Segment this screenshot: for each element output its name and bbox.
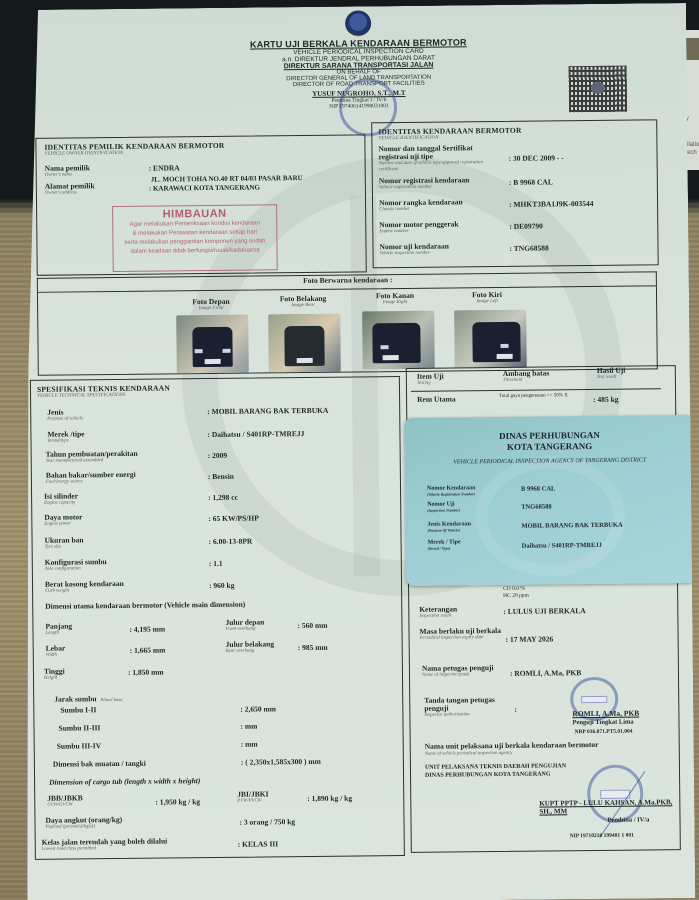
owner-name-label-en: Owner's name — [45, 172, 90, 178]
wheelbase-value: : mm — [241, 740, 258, 749]
wheelbase-value: : 2,650 mm — [240, 704, 276, 713]
spec-label-en: Engine power — [44, 521, 82, 527]
spec-label-en: Engine capacity — [44, 500, 78, 506]
width-label: Lebar — [46, 645, 66, 653]
chassis-number-value: : MHKT3BA1J9K-003544 — [509, 199, 593, 209]
length-label: Panjang — [45, 622, 72, 630]
front-overhang-label-en: Front overhang — [225, 626, 264, 632]
inspector-nrp: NRP 036.071.PT5.01.004 — [575, 729, 633, 736]
head-name: KUPT PPTP - LULU KAHSAN, A.Ma.PKB, SH., … — [539, 798, 679, 815]
head-nip: NIP 19710210 199401 1 001 — [570, 833, 634, 840]
wheelbase-title: Jarak sumbu — [54, 694, 96, 703]
header-divider — [411, 388, 661, 392]
spec-label: Ukuran ban — [45, 536, 84, 544]
hc-emission: HC 29 ppm — [503, 593, 529, 599]
length-label-en: Length — [46, 630, 73, 636]
wheelbase-label: Sumbu III-IV — [57, 742, 101, 750]
width-label-en: Width — [46, 653, 66, 659]
vehicle-id-title: IDENTITAS KENDARAAN BERMOTOR — [378, 126, 521, 136]
photo-front-label-en: Image Front — [166, 306, 256, 312]
spec-value-tyre: : 6.00-13-8PR — [209, 537, 253, 546]
card-subtitle: VEHICLE PERIODICAL INSPECTION AGENCY OF … — [415, 457, 685, 467]
card-label-en: (Inspection Number) — [427, 508, 460, 512]
spec-label-en: Purpose of vehicle — [47, 416, 83, 422]
registration-number-value: : B 9968 CAL — [509, 177, 553, 186]
vehicle-identity-section: IDENTITAS KENDARAAN BERMOTOR VEHICLE IDE… — [371, 119, 659, 268]
spec-label-en: Brand/type — [47, 438, 84, 444]
wheelbase-label: Sumbu II-III — [58, 724, 100, 732]
signature-colon: : — [514, 705, 517, 714]
signature-label-en: Inspector authorization — [424, 712, 508, 719]
spec-value-fuel: : Bensin — [208, 472, 234, 481]
card-registration-value: B 9968 CAL — [521, 485, 555, 492]
spec-label: Berat kosong kendaraan — [45, 580, 124, 589]
spec-label-en: Curb weight — [45, 588, 124, 595]
rear-overhang-label-en: Rear overhang — [226, 648, 274, 655]
remark-label: Keterangan — [419, 605, 457, 613]
chassis-number-label: Nomor rangka kendaraan — [379, 198, 463, 207]
jbi-label: JBI/JBKI — [237, 790, 268, 798]
registration-number-label-en: Vehicle registration number — [379, 184, 470, 191]
col-threshold-header: Ambang batas — [503, 369, 550, 377]
col-item-header: Item Uji — [417, 373, 444, 381]
card-inspection-value: TNG68588 — [521, 503, 551, 510]
agency-line2: DINAS PERHUBUNGAN KOTA TANGERANG — [425, 771, 551, 778]
spec-value-capacity: : 1,298 cc — [208, 493, 238, 502]
spec-value-brand: : Daihatsu / S401RP-TMREJJ — [207, 429, 304, 439]
photo-left — [454, 310, 527, 369]
card-label-en: (Vehicle Registration Number) — [427, 492, 475, 497]
cargo-label: Dimensi bak muatan / tangki — [53, 760, 146, 769]
head-rank: Pembina / IV/a — [607, 816, 649, 823]
rear-overhang-value: : 985 mm — [298, 643, 328, 652]
col-item-header-en: Testing — [417, 381, 444, 387]
front-overhang-label: Julur depan — [225, 618, 264, 626]
photo-left-label-en: Image Left — [442, 299, 532, 305]
inspection-card-document: KARTU UJI BERKALA KENDARAAN BERMOTOR VEH… — [18, 3, 695, 900]
owner-address-line1: JL. MOCH TOHA NO.40 RT 04/03 PASAR BARU — [151, 174, 303, 184]
owner-section-title-en: VEHICLE OWNER IDENTIFICATION — [44, 150, 224, 157]
col-threshold-header-en: Threshold — [503, 377, 550, 383]
spec-value-power: : 65 KW/PS/HP — [208, 514, 259, 524]
wheelbase-value: : mm — [240, 722, 257, 731]
brake-label: Rem Utama — [417, 395, 456, 403]
photo-rear-label-en: Image Rear — [258, 303, 348, 309]
spec-value-year: : 2009 — [208, 451, 227, 460]
photo-right-label-en: Image Right — [350, 300, 440, 306]
photo-rear — [268, 314, 341, 373]
card-label: Jenis Kendaraan — [427, 521, 471, 527]
road-class-value: : KELAS III — [238, 839, 279, 848]
jbi-value: : 1,890 kg / kg — [307, 794, 352, 803]
engine-number-value: : DE09790 — [509, 222, 543, 231]
inspector-label-en: Name of inspector/grade — [422, 672, 502, 679]
technical-specs-section: SPESIFIKASI TEKNIS KENDARAAN VEHICLE TEC… — [30, 376, 405, 860]
notice-line: dalam keadaan tidak berfungsi/rusak/kada… — [113, 246, 276, 257]
wheelbase-title-en: Wheel base — [101, 698, 123, 703]
height-value: : 1,850 mm — [128, 668, 164, 677]
expiry-value: : 17 MAY 2026 — [506, 634, 554, 643]
spec-label-en: Tyre size — [45, 544, 84, 550]
card-brand-value: Daihatsu / S401RP-TMREJJ — [522, 542, 602, 550]
spec-label-en: Fuel/energy source — [46, 479, 136, 486]
engine-number-label: Nomor motor penggerak — [379, 220, 458, 229]
card-label: Nomor Uji — [427, 501, 454, 507]
card-label: Nomor Kendaraan — [427, 485, 475, 492]
spec-label-en: Axle configuration — [45, 566, 107, 573]
co-emission: CO 0.0 % — [503, 586, 525, 592]
jbb-value: : 1,950 kg / kg — [155, 797, 200, 806]
owner-name-label: Nama pemilik — [45, 164, 90, 172]
inspection-number-label-en: Vehicle inspection number — [380, 250, 450, 257]
card-title-line2: KOTA TANGERANG — [405, 440, 695, 454]
card-label-en: (Purpose Of Vehicle) — [427, 528, 460, 532]
inspector-value: : ROMLI, A.Ma, PKB — [510, 668, 581, 678]
photos-section: Foto Depan Image Front Foto Belakang Ima… — [37, 285, 658, 375]
payload-value: : 3 orang / 750 kg — [239, 817, 295, 827]
owner-section-title: IDENTITAS PEMILIK KENDARAAN BERMOTOR — [44, 141, 224, 152]
engine-number-label-en: Engine number — [379, 228, 458, 235]
photo-front — [176, 315, 249, 374]
card-watermark — [475, 456, 626, 578]
spec-value-purpose: : MOBIL BARANG BAK TERBUKA — [207, 406, 328, 416]
spec-value-curb-weight: : 960 kg — [209, 581, 235, 590]
payload-label-en: Payload (person(s)/kg(s)) — [46, 824, 123, 831]
signature-label: Tanda tangan petugas penguji — [424, 696, 508, 713]
remark-label-en: Inspection result — [419, 613, 457, 619]
owner-identity-section: IDENTITAS PEMILIK KENDARAAN BERMOTOR VEH… — [35, 134, 366, 275]
spec-label: Bahan bakar/sumber energi — [46, 471, 136, 480]
height-label-en: Height — [44, 676, 65, 682]
owner-address-label: Alamat pemilik — [45, 182, 95, 191]
jbb-label-en: GVW/GVCW — [47, 802, 82, 808]
rear-overhang-label: Julur belakang — [226, 640, 275, 649]
owner-name-value: : ENDRA — [149, 163, 180, 172]
cargo-label-en: Dimension of cargo tub (length x width x… — [49, 777, 200, 787]
wheelbase-label: Sumbu I-II — [60, 706, 96, 714]
col-result-header: Hasil Uji — [597, 367, 626, 375]
spec-label: Daya motor — [44, 513, 82, 521]
brake-threshold: Total gaya pengereman >= 50% X — [499, 393, 568, 399]
width-value: : 1,665 mm — [130, 645, 166, 654]
inspector-grade: Penguji Tingkat Lima — [572, 719, 633, 727]
agency-line1: UNIT PELAKSANA TEKNIS DAERAH PENGUJIAN — [425, 763, 566, 770]
ministry-logo-icon — [345, 10, 371, 36]
inspection-number-value: : TNG68588 — [509, 243, 548, 252]
owner-address-line2: : KARAWACI KOTA TANGERANG — [149, 183, 260, 192]
card-label-en: (Brand / Type) — [428, 547, 451, 551]
type-cert-value: : 30 DEC 2009 - - — [509, 153, 564, 163]
card-purpose-value: MOBIL BARANG BAK TERBUKA — [521, 522, 622, 530]
chassis-number-label-en: Chassis number — [379, 206, 463, 213]
length-value: : 4,195 mm — [129, 624, 165, 633]
spec-label-en: Year manufactured assembled — [46, 458, 138, 465]
front-overhang-value: : 560 mm — [297, 621, 327, 630]
specs-title-en: VEHICLE TECHNICAL SPECIFICATIONS — [37, 392, 170, 398]
notice-box: HIMBAUAN Agar melakukan Pemeriksaan kond… — [112, 204, 278, 272]
road-class-label: Kelas jalan terendah yang boleh dilalui — [42, 837, 168, 846]
jbi-label-en: PVW/PVCW — [237, 798, 268, 804]
agency-label-en: Name of vehicle periodical inspection ag… — [425, 751, 513, 758]
photo-right — [362, 311, 435, 370]
cargo-value: : ( 2,350x1,585x300 ) mm — [241, 757, 321, 767]
spec-value-axle: : 1.1 — [209, 559, 223, 568]
brake-result: : 485 kg — [593, 395, 619, 404]
expiry-label-en: Periodical inspection expiry date — [420, 635, 506, 642]
dimension-title: Dimensi utama kendaraan bermotor (Vehicl… — [45, 601, 245, 611]
type-cert-label: Nomor dan tanggal Sertifikat registrasi … — [378, 144, 498, 161]
type-cert-label-en: Number and date of vehicle type approval… — [379, 160, 499, 173]
inspection-id-card: DINAS PERHUBUNGAN KOTA TANGERANG VEHICLE… — [404, 415, 696, 586]
card-label: Merek / Tipe — [428, 539, 461, 545]
height-label: Tinggi — [44, 668, 65, 676]
spec-label: Merek /tipe — [47, 430, 84, 438]
remark-value: : LULUS UJI BERKALA — [503, 606, 585, 616]
col-result-header-en: Test result — [597, 375, 626, 381]
jbb-label: JBB/JBKB — [47, 794, 83, 802]
vehicle-id-title-en: VEHICLE IDENTIFICATION — [378, 135, 521, 141]
owner-address-label-en: Owner's address — [45, 190, 95, 197]
qr-code — [569, 66, 627, 113]
inspector-sign-name: ROMLI, A.Ma, PKB — [572, 709, 639, 719]
road-class-label-en: Lowest road class permitted — [42, 845, 168, 852]
agency-label: Nama unit pelaksana uji berkala kendaraa… — [425, 741, 599, 751]
card-title: DINAS PERHUBUNGAN KOTA TANGERANG — [404, 429, 694, 454]
